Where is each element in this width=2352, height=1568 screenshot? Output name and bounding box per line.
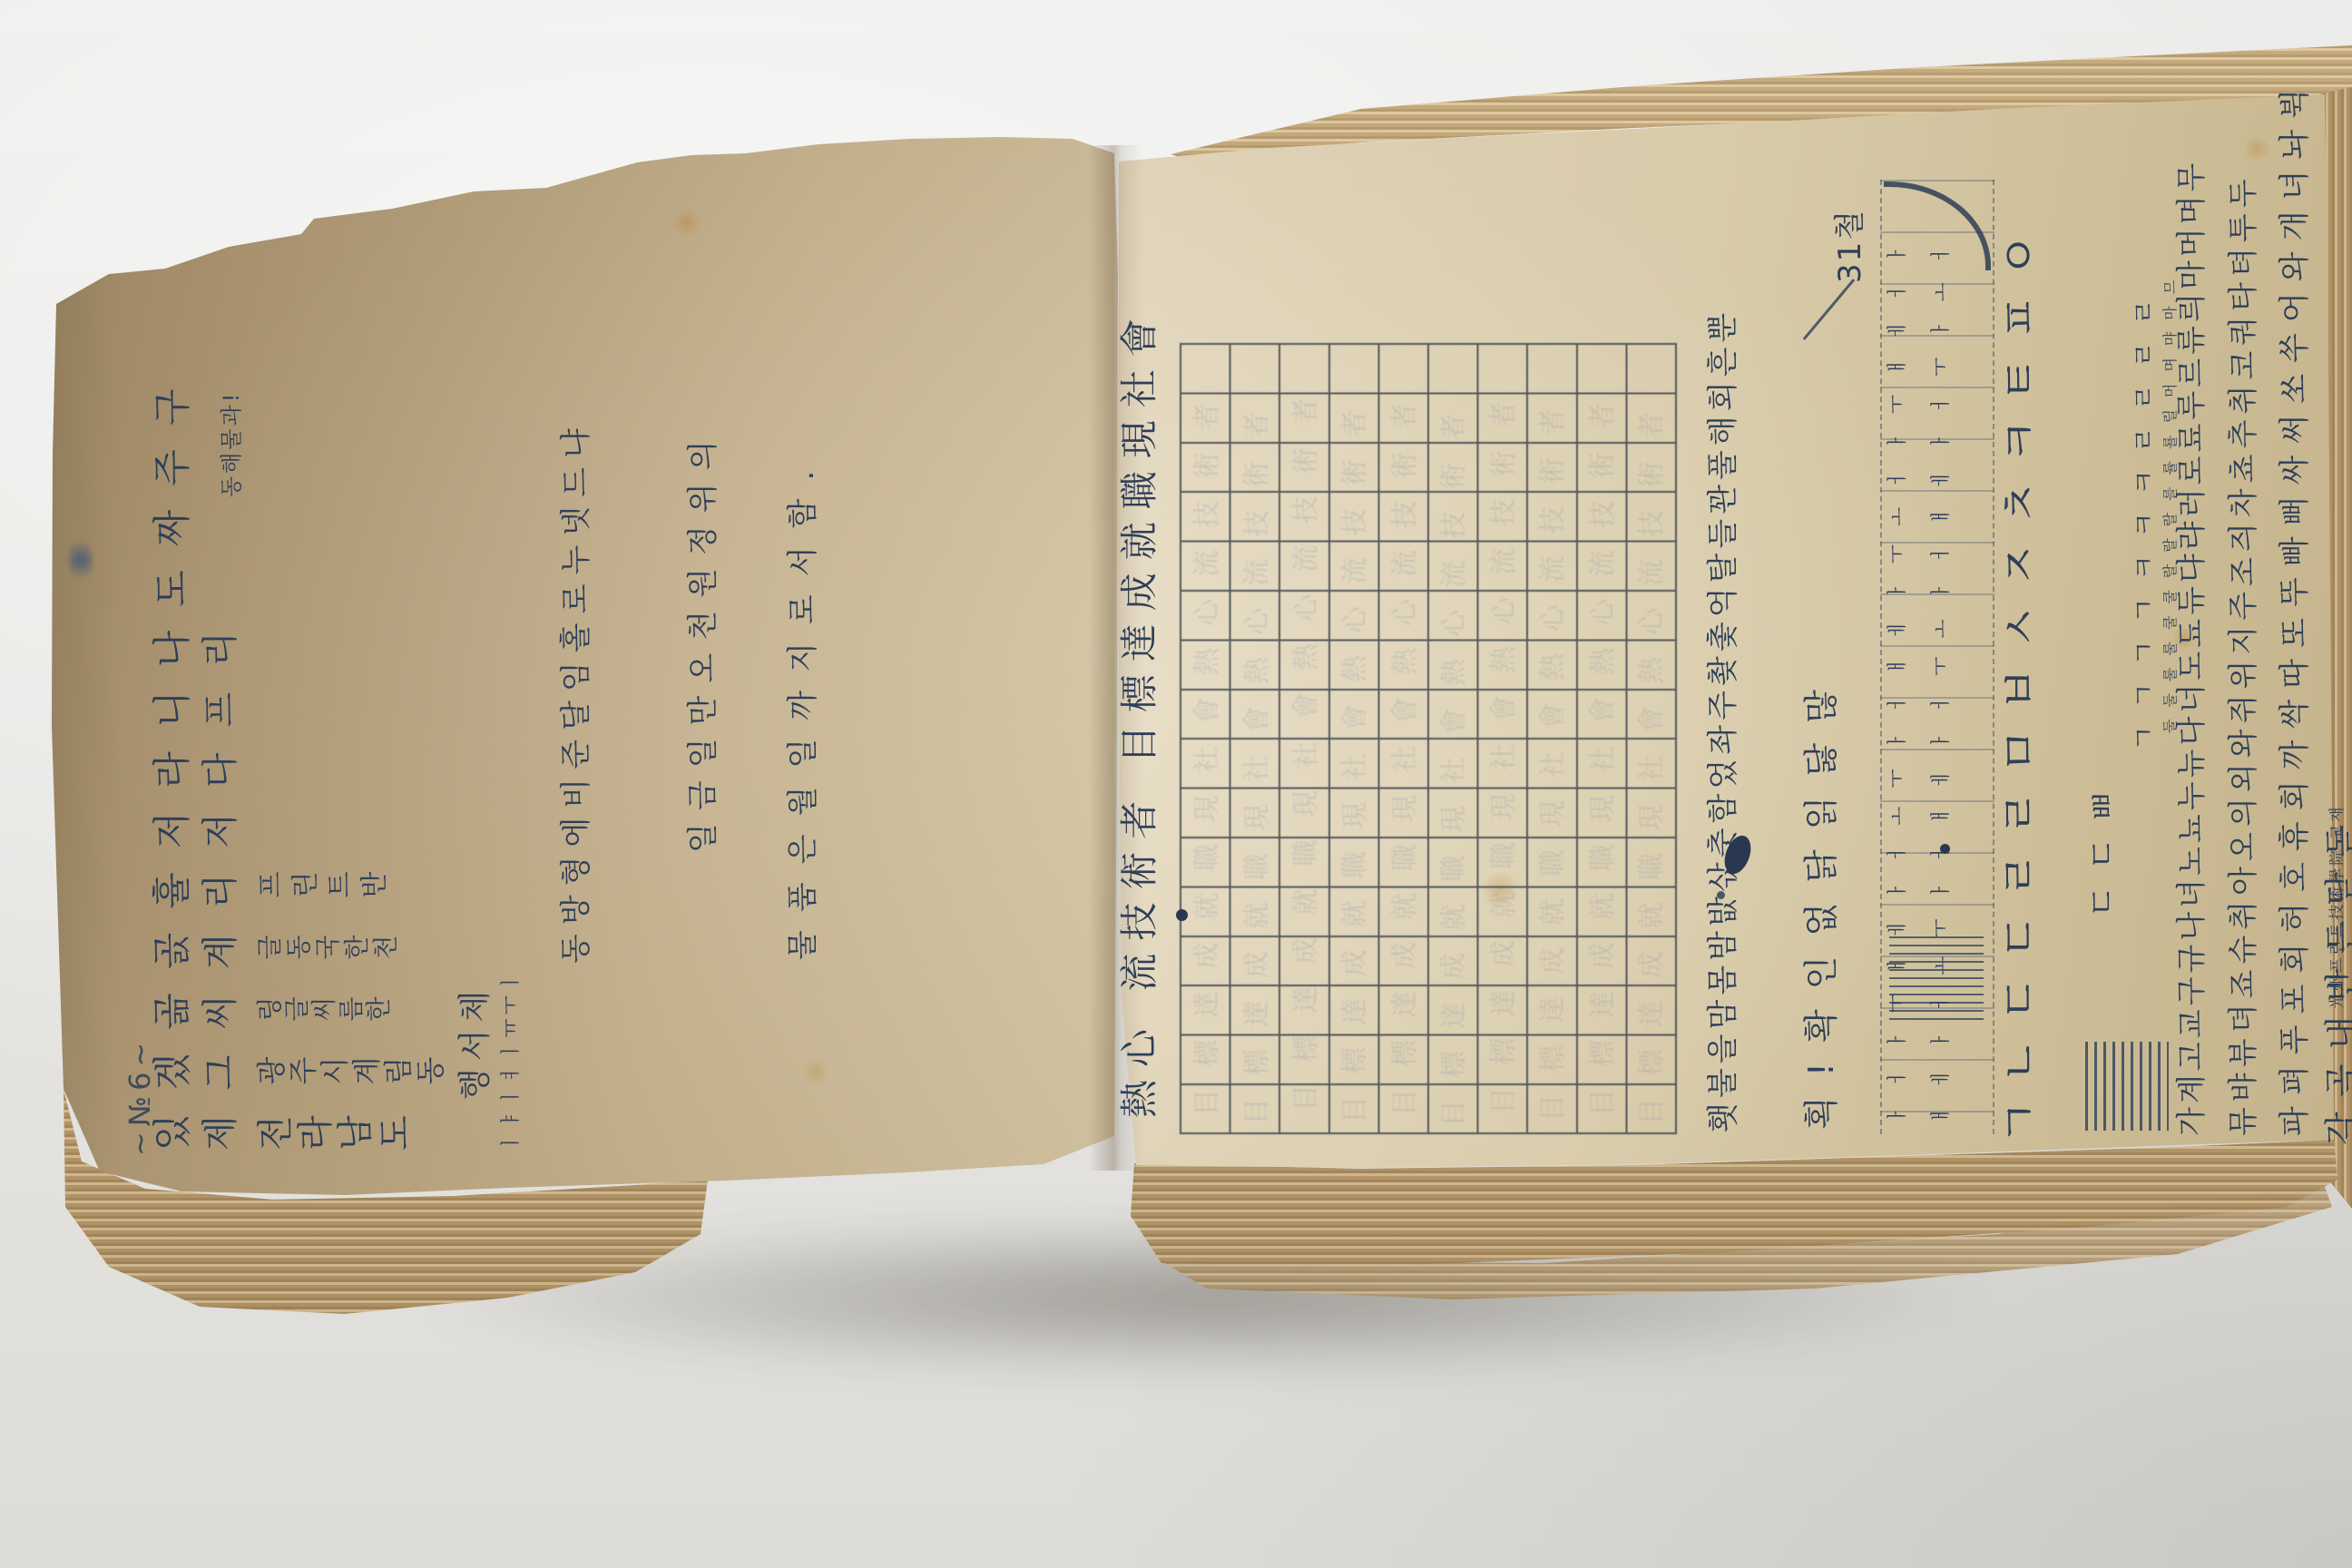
grid-ghost-writing: 目標達成就職現社會熱心流技術者 (1243, 390, 1272, 1125)
syllable-practice-col-1: 횃불을맘몸밤밦삯춧함었좌주촺촟억탈들꽌풀해회흔뿐 (1708, 309, 1740, 1132)
ink-blot (1717, 891, 1725, 899)
hatch-stroke-practice (1889, 936, 1984, 1025)
syllable-sequence-row-1: 가계고교구규나녀노뇨누뉴다너도됴듀댜랴러로료루르류릐마머며무 (2176, 160, 2208, 1136)
stain (802, 1060, 829, 1083)
address-practice-row: 광주시계림동 (256, 1058, 446, 1087)
grid-ghost-writing: 目標達成就職現社會熱心流技術者 (1440, 392, 1469, 1127)
grid-ghost-writing: 目標達成就職現社會熱心流技術者 (1341, 388, 1370, 1123)
grid-ghost-writing: 目標達成就職現社會熱心流技術者 (1539, 387, 1568, 1122)
ink-smudge (69, 535, 93, 584)
grid-ghost-writing: 目標達成就職現社會熱心流技術者 (1391, 381, 1420, 1116)
repeat-practice-1: ㄷㄷㅃ (2085, 775, 2122, 918)
vowel-stroke-practice: ㅣㅑㅣㅕㅣㅠㅜㅣ (501, 969, 522, 1152)
motto-header-hanja: 熱心 流技術者 目標達成就職現社會 (1120, 306, 1160, 1118)
syllable-practice-col-2: 획!확인없닭읽닳많 (1804, 670, 1840, 1130)
grid-ghost-writing: 目標達成就職現社會熱心流技術者 (1638, 390, 1667, 1125)
grid-ghost-writing: 目標達成就職現社會熱心流技術者 (1490, 379, 1519, 1114)
poem-line: 동방형에비준달임홀로누넷드냐 (561, 419, 593, 964)
grid-ghost-writing: 目標達成就職現社會熱心流技術者 (1193, 381, 1222, 1116)
handwriting-line-1: 있겠곪곬휼저라니나도짜주구 (152, 366, 192, 1151)
colophon: 光州프린트技術學院 교재 (2330, 804, 2347, 1009)
photo-of-notebook: ~№6~ 있겠곪곬휼저라니나도짜주구 제그씨계리저다프리 동해물과! 전라남도 … (0, 0, 2352, 1568)
page-number: 31철 (1835, 209, 1867, 283)
syllable-sequence-row-3: 파펴푸포회허호휴회까싹따또뚜빠뻐싸써쏘쑤어와개녀놔뷕 (2279, 78, 2312, 1136)
stain (671, 209, 702, 236)
repeat-practice-2: ㄱㄱㄱㄱㅋㅋㅋㄹㄹㄹㄹ (2131, 282, 2160, 751)
address-practice-row: 링글씨름한 (256, 998, 392, 1024)
syllable-sequence-row-2: 뮤뱌뷰뎌죠슈취아오의외와쥐위지주조즤차쵸추취코쿼타텨투두 (2228, 173, 2259, 1136)
grid-ghost-writing: 目標達成就職現社會熱心流技術者 (1589, 381, 1618, 1116)
address-practice-row: 글동국한천 (256, 936, 401, 962)
ink-blot (1176, 909, 1188, 921)
receipt-terms-line: 물품은월일까지로서함. (788, 453, 820, 960)
handwriting-line-2: 제그씨계리저다프리 (201, 606, 240, 1151)
consonant-alphabet-row: ㄱㄴㄷㄷㄹㄹㅁㅂㅅㅈㅊㅋㅌㅍㅇ (1996, 217, 2046, 1145)
address-practice-row: 프린트반 (256, 875, 394, 902)
stain (2241, 136, 2272, 162)
address-practice-row: 전라남도 (256, 1118, 416, 1154)
script-style-label: 행서체 (458, 984, 493, 1100)
grid-ghost-writing: 目標達成就職現社會熱心流技術者 (1292, 377, 1321, 1112)
receipt-amount-line: 일금일만오천원정위의 (688, 428, 720, 853)
hatch-stroke-practice (2085, 1042, 2169, 1131)
anthem-note: 동해물과! (220, 391, 243, 497)
